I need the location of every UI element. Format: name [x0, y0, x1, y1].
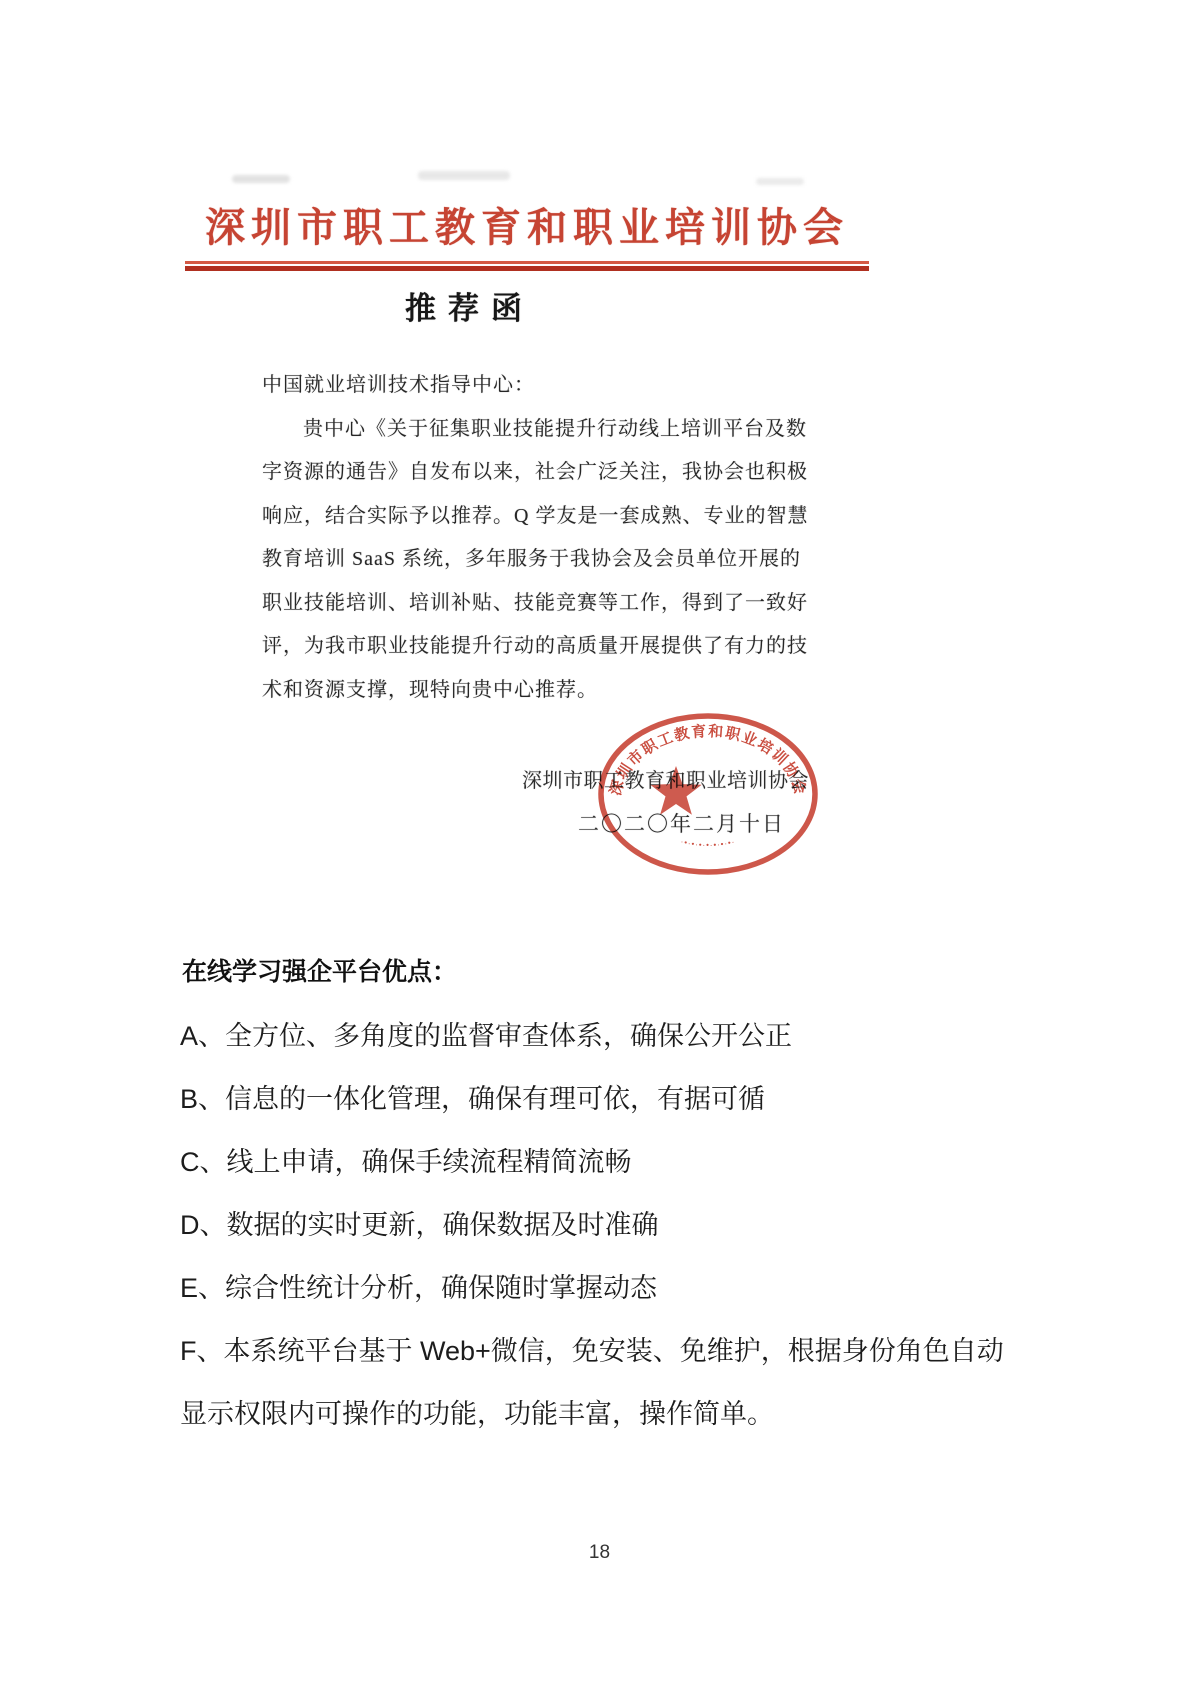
- letter-body-line: 术和资源支撑，现特向贵中心推荐。: [262, 669, 837, 713]
- divider-thick-line: [185, 266, 869, 271]
- letterhead-org-title: 深圳市职工教育和职业培训协会: [205, 196, 849, 253]
- letter-body-line: 评，为我市职业技能提升行动的高质量开展提供了有力的技: [262, 625, 837, 669]
- svg-text:·•·•·•·•·•·•·•·: ·•·•·•·•·•·•·•·: [680, 837, 737, 850]
- advantage-item-f-continued: 显示权限内可操作的功能，功能丰富，操作简单。: [180, 1383, 1140, 1446]
- scan-artifact: [418, 171, 510, 180]
- scan-artifact: [232, 175, 290, 183]
- seal-ring: [601, 716, 815, 872]
- letter-body: 中国就业培训技术指导中心： 贵中心《关于征集职业技能提升行动线上培训平台及数 字…: [262, 364, 837, 712]
- advantage-item-a: A、全方位、多角度的监督审查体系，确保公开公正: [180, 1005, 1140, 1068]
- advantage-item-f: F、本系统平台基于 Web+微信，免安装、免维护，根据身份角色自动: [180, 1320, 1140, 1383]
- advantage-item-e: E、综合性统计分析，确保随时掌握动态: [180, 1257, 1140, 1320]
- letter-recipient: 中国就业培训技术指导中心：: [262, 364, 837, 408]
- advantages-heading: 在线学习强企平台优点：: [182, 952, 457, 988]
- official-seal-stamp: 深圳市职工教育和职业培训协会 ·•·•·•·•·•·•·•·: [594, 710, 822, 878]
- document-page: 深圳市职工教育和职业培训协会 推荐函 中国就业培训技术指导中心： 贵中心《关于征…: [0, 0, 1199, 1696]
- letter-body-line: 响应，结合实际予以推荐。Q 学友是一套成熟、专业的智慧: [262, 495, 837, 539]
- letter-body-line: 职业技能培训、培训补贴、技能竞赛等工作，得到了一致好: [262, 582, 837, 626]
- advantage-item-c: C、线上申请，确保手续流程精简流畅: [180, 1131, 1140, 1194]
- advantages-list: A、全方位、多角度的监督审查体系，确保公开公正 B、信息的一体化管理，确保有理可…: [180, 1005, 1140, 1446]
- letter-title: 推荐函: [405, 283, 534, 328]
- seal-micro-text: ·•·•·•·•·•·•·•·: [680, 837, 737, 850]
- scan-artifact: [756, 178, 804, 185]
- letter-date: 二〇二〇年二月十日: [578, 808, 785, 838]
- page-number: 18: [0, 1542, 1199, 1564]
- letter-body-line: 贵中心《关于征集职业技能提升行动线上培训平台及数: [262, 408, 837, 452]
- advantage-item-b: B、信息的一体化管理，确保有理可依，有据可循: [180, 1068, 1140, 1131]
- letter-body-line: 教育培训 SaaS 系统，多年服务于我协会及会员单位开展的: [262, 538, 837, 582]
- letterhead-divider: [185, 261, 869, 271]
- letter-signature: 深圳市职工教育和职业培训协会: [522, 764, 809, 793]
- letter-body-line: 字资源的通告》自发布以来，社会广泛关注，我协会也积极: [262, 451, 837, 495]
- advantage-item-d: D、数据的实时更新，确保数据及时准确: [180, 1194, 1140, 1257]
